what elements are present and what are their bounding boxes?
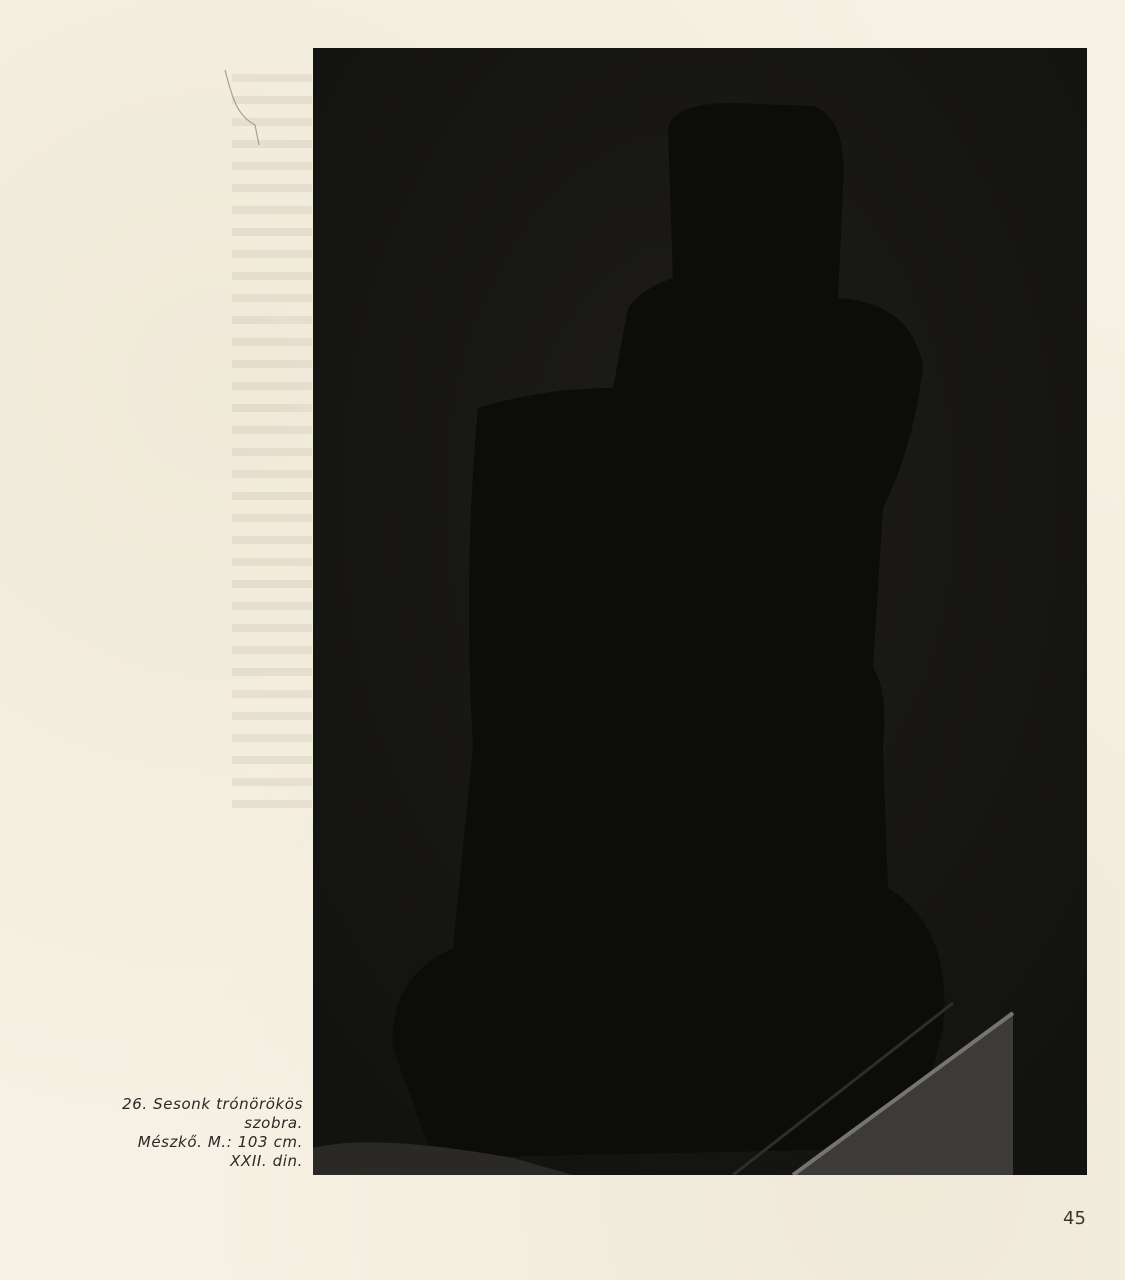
page-number: 45 xyxy=(1063,1208,1086,1229)
caption-line-title-cont: szobra. xyxy=(122,1114,303,1133)
caption-line-dynasty: XXII. din. xyxy=(122,1152,303,1171)
caption-line-material: Mészkő. M.: 103 cm. xyxy=(122,1133,303,1152)
statue-photograph xyxy=(313,48,1087,1175)
caption-line-title: 26. Sesonk trónörökös xyxy=(122,1095,303,1114)
figure-caption: 26. Sesonk trónörökös szobra. Mészkő. M.… xyxy=(122,1095,303,1171)
pencil-mark xyxy=(215,60,275,150)
show-through-text xyxy=(232,60,312,820)
